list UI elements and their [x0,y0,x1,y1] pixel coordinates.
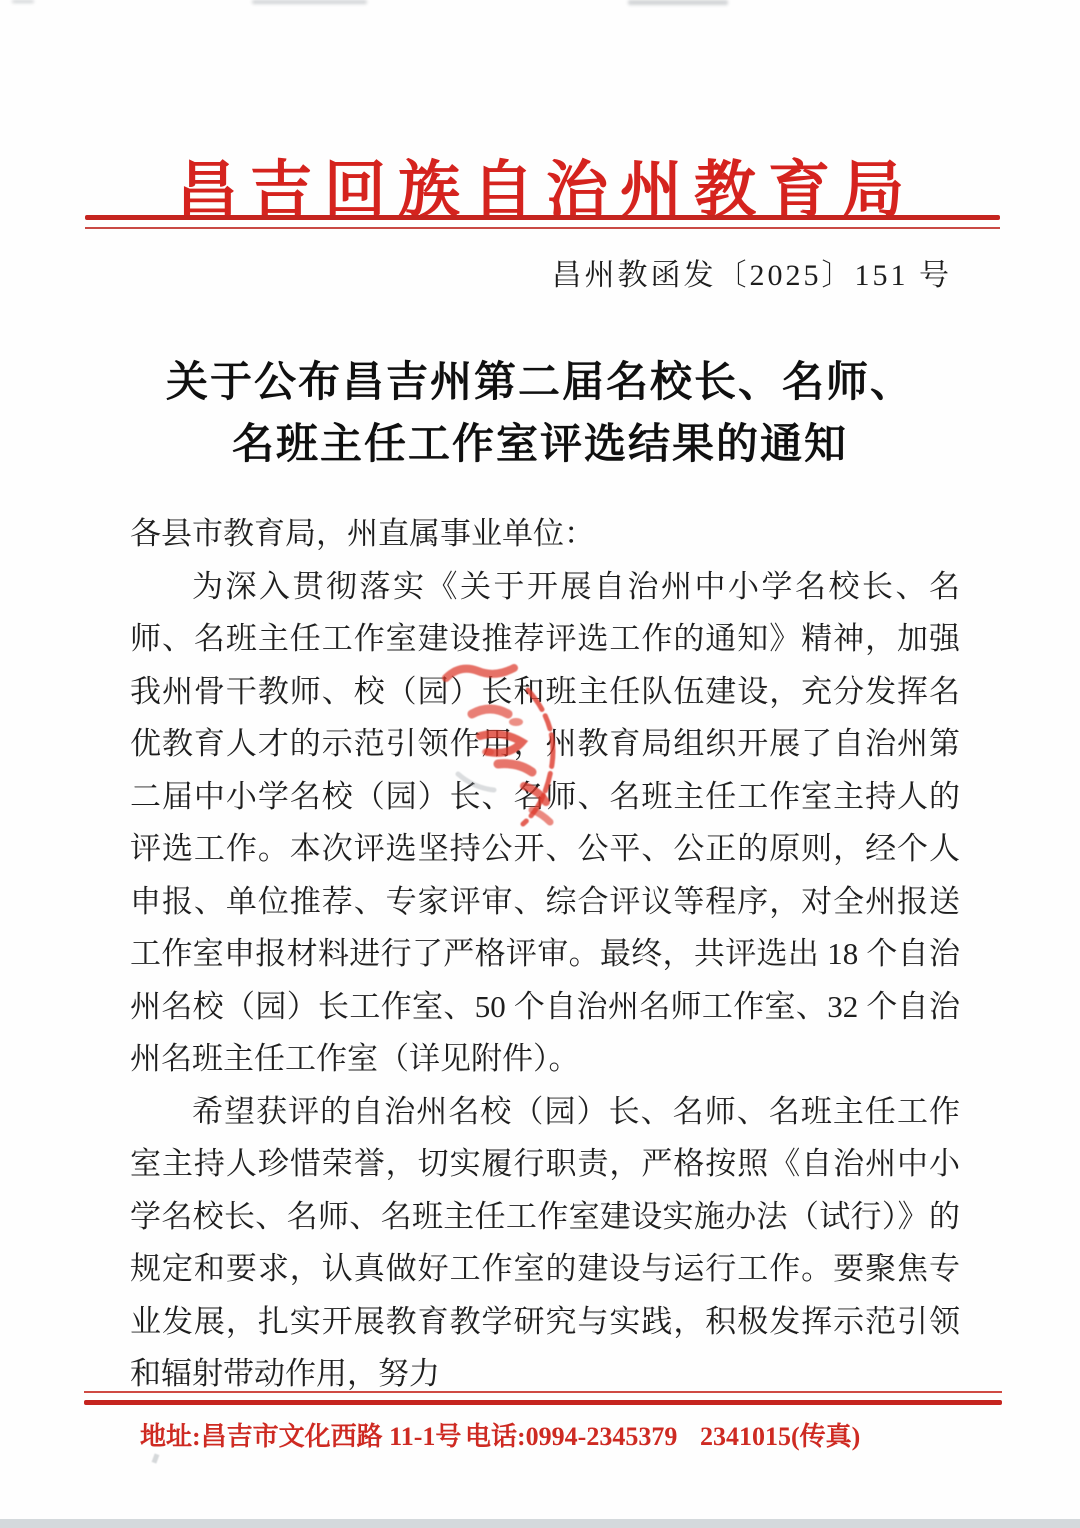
notice-title-line-2: 名班主任工作室评选结果的通知 [0,414,1080,476]
scan-artifact [628,0,728,5]
scan-edge-shadow [0,1519,1080,1528]
document-body: 各县市教育局，州直属事业单位： 为深入贯彻落实《关于开展自治州中小学名校长、名师… [130,508,960,1401]
salutation: 各县市教育局，州直属事业单位： [130,508,960,561]
scan-artifact [152,1453,160,1463]
footer-contact-row: 地址:昌吉市文化西路 11-1号 电话:0994-2345379 2341015… [0,1416,1080,1452]
scan-artifact [252,0,367,4]
footer-separator-thin [84,1391,1002,1393]
document-number: 昌州教函发〔2025〕151 号 [552,250,953,294]
footer-fax: 2341015(传真) [700,1416,860,1453]
footer-separator-thick [84,1400,1002,1405]
letterhead-separator-thin [85,227,1000,229]
body-paragraph: 为深入贯彻落实《关于开展自治州中小学名校长、名师、名班主任工作室建设推荐评选工作… [130,561,960,1086]
letterhead-separator-thick [85,215,1000,220]
body-paragraph: 希望获评的自治州名校（园）长、名师、名班主任工作室主持人珍惜荣誉，切实履行职责，… [130,1086,960,1401]
notice-title-line-1: 关于公布昌吉州第二届名校长、名师、 [0,352,1080,414]
footer-address: 地址:昌吉市文化西路 11-1号 [140,1416,461,1453]
notice-title: 关于公布昌吉州第二届名校长、名师、 名班主任工作室评选结果的通知 [0,352,1080,476]
footer-phone: 电话:0994-2345379 [465,1416,677,1453]
scanned-official-document-page: 昌吉回族自治州教育局 昌州教函发〔2025〕151 号 关于公布昌吉州第二届名校… [0,0,1080,1528]
scan-artifact [12,0,34,3]
